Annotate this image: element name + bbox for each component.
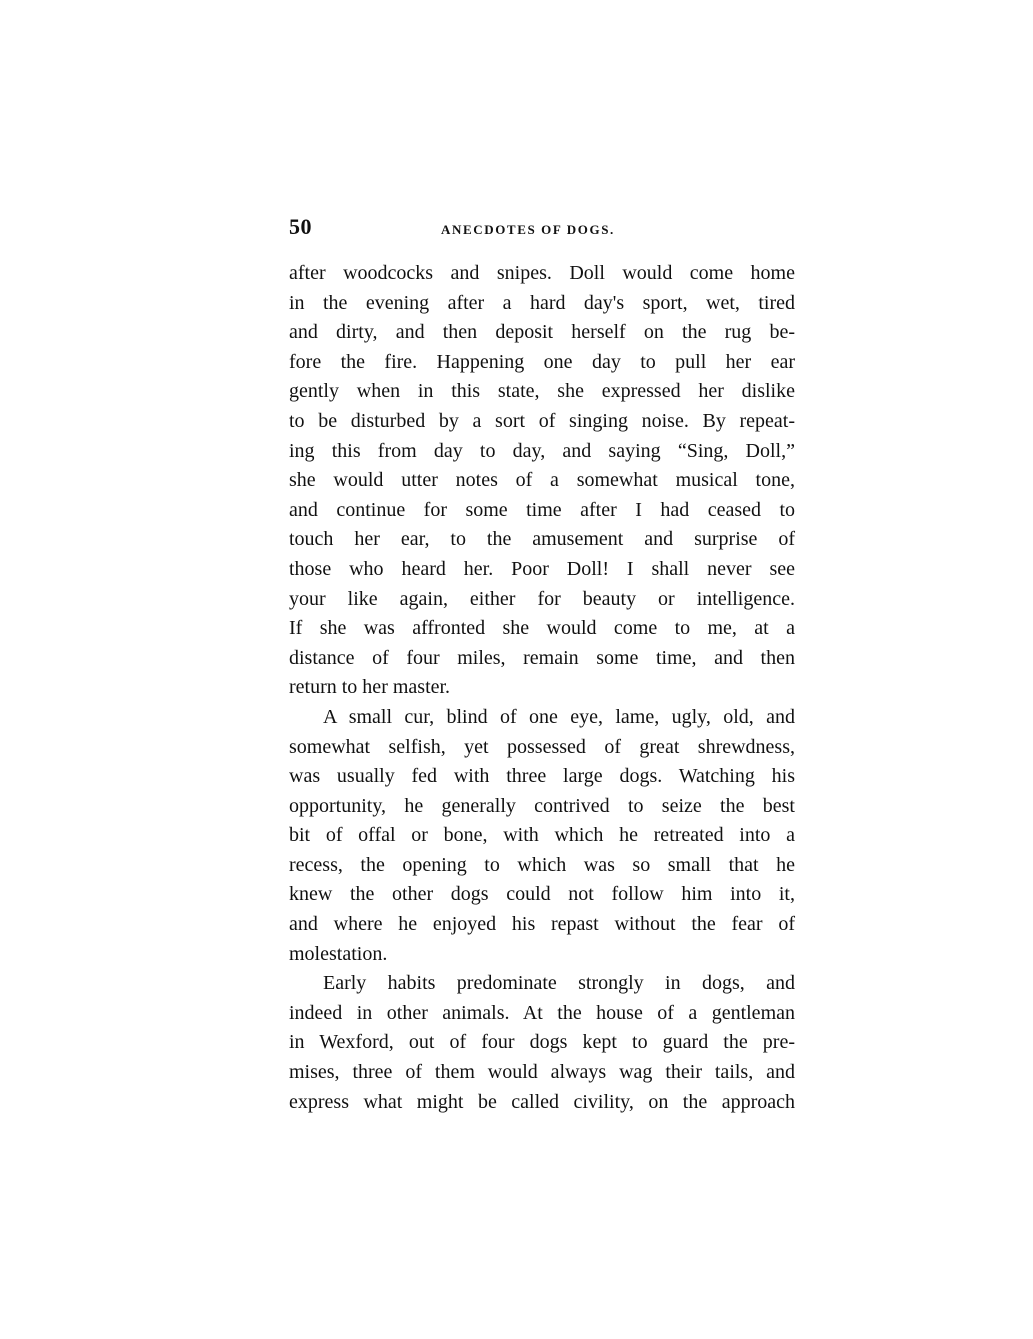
text-line: and where he enjoyed his repast without … — [289, 910, 795, 940]
text-line: Early habits predominate strongly in dog… — [289, 969, 795, 999]
paragraph-1: after woodcocks and snipes. Doll would c… — [289, 259, 795, 703]
running-head: 50 ANECDOTES OF DOGS. — [289, 214, 795, 244]
text-line: If she was affronted she would come to m… — [289, 614, 795, 644]
paragraph-2: A small cur, blind of one eye, lame, ugl… — [289, 703, 795, 969]
text-line: your like again, either for beauty or in… — [289, 585, 795, 615]
text-line: knew the other dogs could not follow him… — [289, 880, 795, 910]
paragraph-3: Early habits predominate strongly in dog… — [289, 969, 795, 1117]
text-line: and continue for some time after I had c… — [289, 496, 795, 526]
page-number: 50 — [289, 214, 312, 240]
text-line: in Wexford, out of four dogs kept to gua… — [289, 1028, 795, 1058]
text-line: bit of offal or bone, with which he retr… — [289, 821, 795, 851]
text-line: to be disturbed by a sort of singing noi… — [289, 407, 795, 437]
text-line: in the evening after a hard day's sport,… — [289, 289, 795, 319]
text-line: gently when in this state, she expressed… — [289, 377, 795, 407]
text-line: molestation. — [289, 940, 795, 970]
text-line: distance of four miles, remain some time… — [289, 644, 795, 674]
text-line: those who heard her. Poor Doll! I shall … — [289, 555, 795, 585]
text-line: recess, the opening to which was so smal… — [289, 851, 795, 881]
text-line: opportunity, he generally contrived to s… — [289, 792, 795, 822]
running-title: ANECDOTES OF DOGS. — [441, 222, 615, 238]
text-line: after woodcocks and snipes. Doll would c… — [289, 259, 795, 289]
text-line: touch her ear, to the amusement and surp… — [289, 525, 795, 555]
text-line: express what might be called civility, o… — [289, 1088, 795, 1118]
text-line: indeed in other animals. At the house of… — [289, 999, 795, 1029]
body-text: after woodcocks and snipes. Doll would c… — [289, 259, 795, 1117]
text-line: somewhat selfish, yet possessed of great… — [289, 733, 795, 763]
text-line: A small cur, blind of one eye, lame, ugl… — [289, 703, 795, 733]
text-line: mises, three of them would always wag th… — [289, 1058, 795, 1088]
book-page: 50 ANECDOTES OF DOGS. after woodcocks an… — [0, 0, 1033, 1339]
text-line: she would utter notes of a somewhat musi… — [289, 466, 795, 496]
text-line: fore the fire. Happening one day to pull… — [289, 348, 795, 378]
text-line: and dirty, and then deposit herself on t… — [289, 318, 795, 348]
text-line: was usually fed with three large dogs. W… — [289, 762, 795, 792]
text-line: ing this from day to day, and saying “Si… — [289, 437, 795, 467]
text-line: return to her master. — [289, 673, 795, 703]
